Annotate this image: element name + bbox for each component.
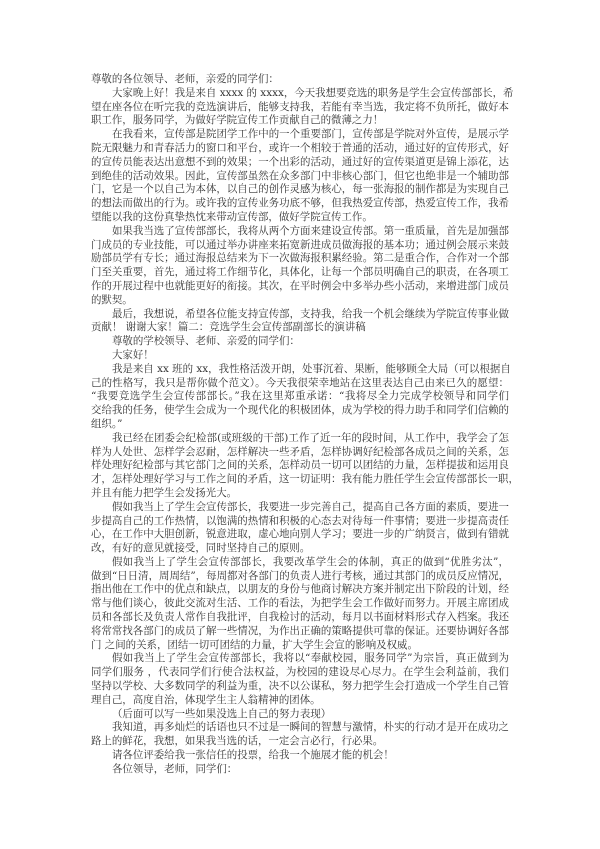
text-line: 的默契。 [91, 294, 509, 308]
salutation: 尊敬的学校领导、老师、亲爱的同学们： [91, 335, 509, 349]
text-line: 贡献！ 谢谢大家！篇二：竞选学生会宣传部副部长的演讲稿 [91, 321, 509, 335]
speech-paragraph: 我已经在团委会纪检部(或班级的干部)工作了近一年的段时间，从工作中，我学会了怎 … [91, 432, 509, 501]
text-line: “我要竞选学生会宣传部部长。”我在这里郑重承诺：“我将尽全力完成学校领导和同学们 [91, 390, 509, 404]
text-line: 请各位评委给我一张信任的投票，给我一个施展才能的机会！ [91, 749, 509, 763]
text-line: 组织。” [91, 418, 509, 432]
document-page: 尊敬的各位领导、老师，亲爱的同学们： 大家晚上好！我是来自 xxxx 的 xxx… [0, 0, 600, 849]
text-line: 门成员的专业技能，可以通过举办讲座来拓宽新进成员做海报的基本功；通过例会展示来鼓 [91, 239, 509, 253]
text-line: 理自己，高度自治，体现学生主人翁精神的团体。 [91, 694, 509, 708]
greeting-paragraph: 大家晚上好！我是来自 xxxx 的 xxxx，今天我想要竞选的职务是学生会宣传部… [91, 87, 509, 128]
greeting: 大家好！ [91, 349, 509, 363]
text-line: 样处理好纪检部与其它部门之间的关系，怎样动员一切可以团结的力量，怎样提拔和运用良 [91, 459, 509, 473]
text-line: 门，它是一个以自己为本体，以自己的创作灵感为核心，每一张海报的制作都是为实现自己 [91, 183, 509, 197]
text-line: 我知道，再多灿烂的话语也只不过是一瞬间的智慧与激情，朴实的行动才是开在成功之 [91, 721, 509, 735]
text-line: 的想法而做出的行为。或许我的宣传业务功底不够，但我热爱宣传部，热爱宣传工作，我希 [91, 197, 509, 211]
text-line: 假如我当上了学生会宣传部长，我要进一步完善自己，提高自己各方面的素质，要进一 [91, 501, 509, 515]
text-line: 指出他在工作中的优点和缺点，以朋友的身份与他商讨解决方案并制定出下阶段的计划，经 [91, 583, 509, 597]
text-line: 将常常找各部门的成员了解一些情况，为作出正确的策略提供可靠的保证。还要协调好各部 [91, 625, 509, 639]
text-line: 尊敬的各位领导、老师，亲爱的同学们： [91, 73, 509, 87]
text-line: 我是来自 xx 班的 xx，我性格活泼开朗，处事沉着、果断，能够顾全大局（可以根… [91, 363, 509, 377]
text-line: 大家晚上好！我是来自 xxxx 的 xxxx，今天我想要竞选的职务是学生会宣传部… [91, 87, 509, 101]
text-line: 并且有能力把学生会发扬光大。 [91, 487, 509, 501]
text-line: 步提高自己的工作热情，以饱满的热情和积极的心态去对待每一件事情；要进一步提高责任 [91, 515, 509, 529]
speech-paragraph: 假如我当上了学生会宣传部部长，我要改革学生会的体制，真正的做到“优胜劣汰”， 做… [91, 556, 509, 653]
text-line: 同学们服务 ，代表同学们行使合法权益，为校园的建设尽心尽力。在学生会利益前，我们 [91, 666, 509, 680]
text-line: 职工作，服务同学，为做好学院宣传工作贡献自己的微薄之力！ [91, 114, 509, 128]
speech-paragraph: 我是来自 xx 班的 xx，我性格活泼开朗，处事沉着、果断，能够顾全大局（可以根… [91, 363, 509, 432]
text-line: 最后，我想说，希望各位能支持宣传部，支持我，给我一个机会继续为学院宣传事业做 [91, 308, 509, 322]
text-line: 望能以我的这份真挚热忱来带动宣传部，做好学院宣传工作。 [91, 211, 509, 225]
text-line: 我已经在团委会纪检部(或班级的干部)工作了近一年的段时间，从工作中，我学会了怎 [91, 432, 509, 446]
text-line: 样为人处世、怎样学会忍耐，怎样解决一些矛盾，怎样协调好纪检部各成员之间的关系，怎 [91, 446, 509, 460]
text-line: 坚持以学校、大多数同学的利益为重，决不以公谋私，努力把学生会打造成一个学生自己管 [91, 680, 509, 694]
text-line: 员和各部长及负责人常作自我批评，自我检讨的活动，每月以书面材料形式存入档案。我还 [91, 611, 509, 625]
text-line: 大家好！ [91, 349, 509, 363]
speech-paragraph: 假如我当上了学生会宣传部长，我要进一步完善自己，提高自己各方面的素质，要进一 步… [91, 501, 509, 556]
text-line: （后面可以写一些如果没选上自己的努力表现） [91, 708, 509, 722]
closing-paragraph-with-section-title: 最后，我想说，希望各位能支持宣传部，支持我，给我一个机会继续为学院宣传事业做 贡… [91, 308, 509, 336]
text-line: 路上的鲜花，我想，如果我当选的话，一定会言必行，行必果。 [91, 735, 509, 749]
editor-note: （后面可以写一些如果没选上自己的努力表现） [91, 708, 509, 722]
text-line: 在我看来，宣传部是院团学工作中的一个重要部门，宣传部是学院对外宣传，是展示学 [91, 128, 509, 142]
text-line: 交给我的任务，使学生会成为一个现代化的积极团体，成为学校的得力助手和同学们信赖的 [91, 404, 509, 418]
text-line: 门至关重要，首先，通过将工作细节化，具体化，让每一个部员明确自己的职责，在各项工 [91, 266, 509, 280]
text-line: 各位领导，老师，同学们： [91, 763, 509, 777]
text-line: 心，在工作中大胆创新，锐意进取，虚心地向别人学习；要进一步的广纳贤言，做到有错就 [91, 528, 509, 542]
speech-paragraph: 如果我当选了宣传部部长，我将从两个方面来建设宣传部。第一重质量，首先是加强部 门… [91, 225, 509, 308]
speech-paragraph: 请各位评委给我一张信任的投票，给我一个施展才能的机会！ [91, 749, 509, 763]
text-line: 到绝佳的活动效果。因此，宣传部虽然在众多部门中非核心部门，但它也绝非是一个辅助部 [91, 170, 509, 184]
text-line: 的宣传员能表达出意想不到的效果；一个出彩的活动，通过好的宣传渠道更是锦上添花，达 [91, 156, 509, 170]
speech-paragraph: 假如我当上了学生会宣传部部长，我将以“奉献校园，服务同学”为宗旨，真正做到为 同… [91, 652, 509, 707]
text-line: 作的开展过程中也就能更好的衔接。其次，在平时例会中多举办些小活动，来增进部门成员 [91, 280, 509, 294]
document-body: 尊敬的各位领导、老师，亲爱的同学们： 大家晚上好！我是来自 xxxx 的 xxx… [91, 73, 509, 777]
text-line: 如果我当选了宣传部部长，我将从两个方面来建设宣传部。第一重质量，首先是加强部 [91, 225, 509, 239]
text-line: 改，有好的意见就接受，同时坚持自己的原则。 [91, 542, 509, 556]
text-line: 励部员学有专长；通过海报总结来为下一次做海报积累经验。第二是重合作，合作对一个部 [91, 252, 509, 266]
text-line: 做到“日日清，周周结”，每周都对各部门的负责人进行考核，通过其部门的成员反应情况… [91, 570, 509, 584]
speech-paragraph: 在我看来，宣传部是院团学工作中的一个重要部门，宣传部是学院对外宣传，是展示学 院… [91, 128, 509, 225]
text-line: 尊敬的学校领导、老师、亲爱的同学们： [91, 335, 509, 349]
text-line: 才，怎样处理好学习与工作之间的矛盾，这一切证明：我有能力胜任学生会宣传部部长一职… [91, 473, 509, 487]
text-line: 门 之间的关系，团结一切可团结的力量，扩大学生会宣的影响及权威。 [91, 639, 509, 653]
salutation: 各位领导，老师，同学们： [91, 763, 509, 777]
salutation: 尊敬的各位领导、老师，亲爱的同学们： [91, 73, 509, 87]
text-line: 常与他们谈心，彼此交流对生活、工作的看法，为把学生会工作做好而努力。开展主席团成 [91, 597, 509, 611]
text-line: 假如我当上了学生会宣传部部长，我将以“奉献校园，服务同学”为宗旨，真正做到为 [91, 652, 509, 666]
text-line: 院无限魅力和青春活力的窗口和平台，或许一个相较于普通的活动，通过好的宣传形式，好 [91, 142, 509, 156]
text-line: 望在座各位在听完我的竞选演讲后，能够支持我，若能有幸当选，我定将不负所托，做好本 [91, 101, 509, 115]
speech-paragraph: 我知道，再多灿烂的话语也只不过是一瞬间的智慧与激情，朴实的行动才是开在成功之 路… [91, 721, 509, 749]
text-line: 己的性格写，我只是帮你做个范文）。今天我很荣幸地站在这里表达自己由来已久的愿望： [91, 377, 509, 391]
text-line: 假如我当上了学生会宣传部部长，我要改革学生会的体制，真正的做到“优胜劣汰”， [91, 556, 509, 570]
